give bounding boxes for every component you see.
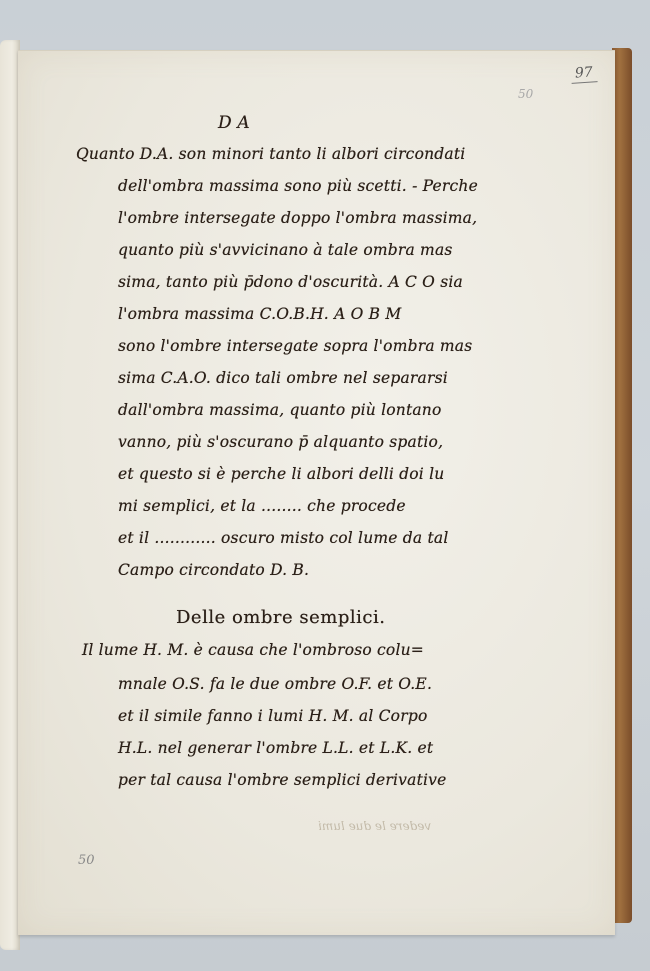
text-line: Campo circondato D. B.: [118, 561, 309, 579]
text-line: dall'ombra massima, quanto più lontano: [118, 401, 442, 419]
text-line: Quanto D.A. son minori tanto li albori c…: [76, 145, 465, 163]
text-line: mnale O.S. fa le due ombre O.F. et O.E.: [118, 675, 432, 693]
text-line: mi semplici, et la ........ che procede: [118, 497, 406, 515]
section-heading: Delle ombre semplici.: [176, 607, 385, 628]
adjacent-page-edge: [0, 40, 20, 950]
text-line: sima C.A.O. dico tali ombre nel separars…: [118, 369, 448, 387]
pencil-mark-bottom: 50: [78, 853, 95, 868]
section-marker: D A: [218, 113, 250, 133]
pencil-mark-top: 50: [518, 87, 533, 101]
bleed-through-text: vedere le due lumi: [318, 819, 431, 833]
text-line: l'ombre intersegate doppo l'ombra massim…: [118, 209, 477, 227]
text-line: l'ombra massima C.O.B.H. A O B M: [118, 305, 401, 323]
text-line: vanno, più s'oscurano p̄ alquanto spatio…: [118, 433, 443, 451]
text-line: et il simile fanno i lumi H. M. al Corpo: [118, 707, 427, 725]
text-line: et questo si è perche li albori delli do…: [118, 465, 444, 483]
text-line: sima, tanto più p̄dono d'oscurità. A C O…: [118, 273, 463, 291]
text-line: Il lume H. M. è causa che l'ombroso colu…: [82, 641, 424, 659]
folio-number: 97: [571, 64, 598, 84]
text-line: per tal causa l'ombre semplici derivativ…: [118, 771, 447, 789]
book-binding-edge: [612, 48, 632, 923]
text-line: dell'ombra massima sono più scetti. - Pe…: [118, 177, 478, 195]
text-line: H.L. nel generar l'ombre L.L. et L.K. et: [118, 739, 433, 757]
manuscript-page: 97 50 D A Quanto D.A. son minori tanto l…: [18, 50, 615, 935]
text-line: sono l'ombre intersegate sopra l'ombra m…: [118, 337, 472, 355]
text-line: et il ............ oscuro misto col lume…: [118, 529, 449, 547]
text-line: quanto più s'avvicinano à tale ombra mas: [118, 241, 453, 259]
